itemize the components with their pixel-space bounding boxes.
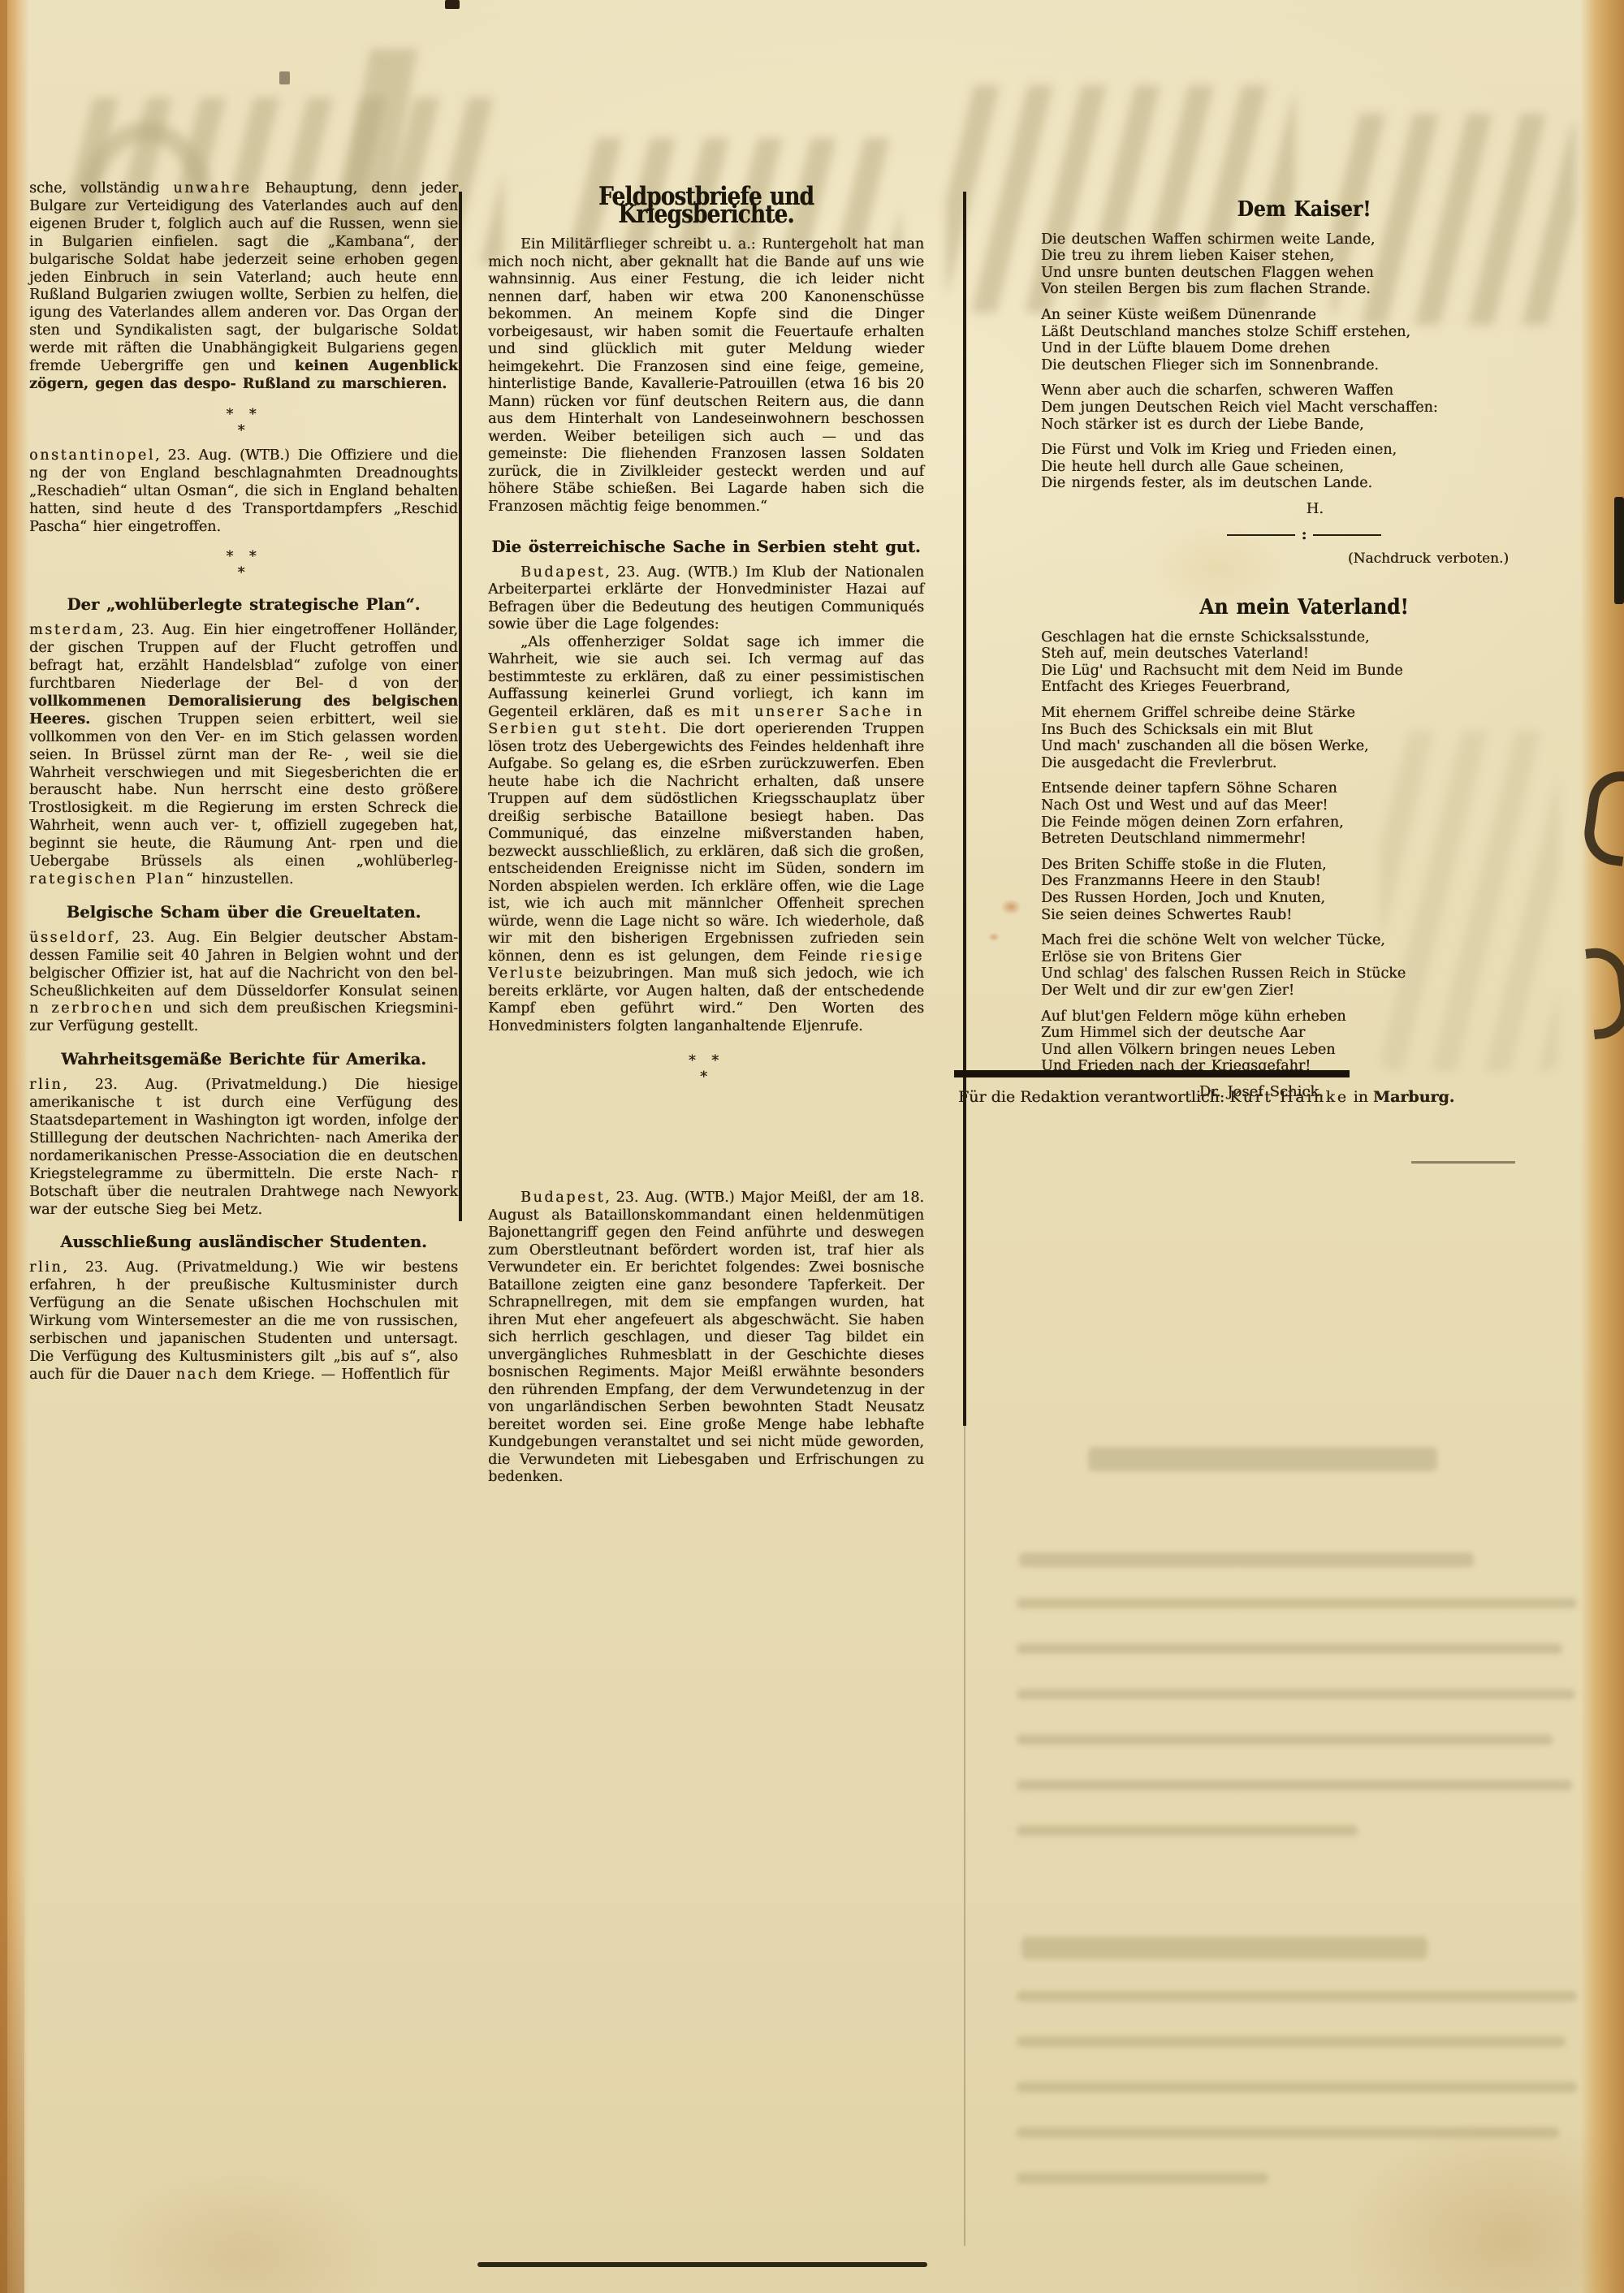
text-run: üsseldorf [29,930,114,946]
bleedthrough-ghost-line [1017,2127,1559,2138]
text-run: gischen Truppen seien erbittert, weil si… [29,711,458,870]
bleedthrough-ghost-line [1021,1937,1427,1959]
bleedthrough-ghost-line [1017,1991,1577,2002]
asterisk-separator: * * * [29,549,458,581]
section-header: Wahrheitsgemäße Berichte für Amerika. [29,1051,458,1069]
ink-mark [279,71,290,84]
page-edge-left-bottom [0,1868,24,2293]
poem-stanza: Entsende deiner tapfern Söhne Scharen Na… [1041,780,1567,847]
article-paragraph: Budapest, 23. Aug. (WTB.) Major Meißl, d… [488,1190,924,1487]
section-header: Belgische Scham über die Greueltaten. [29,904,458,922]
short-rule [1411,1161,1515,1164]
text-run: Ein Militärflieger schreibt u. a.: Runte… [488,236,924,515]
poem-stanza: Die deutschen Waffen schirmen weite Land… [1041,231,1567,298]
text-run: rategischen Plan“ [29,871,195,887]
text-run: , 23. Aug. (Privatmeldung.) Wie wir best… [29,1259,458,1382]
text-run: Die dort operierenden Truppen lösen trot… [488,721,924,965]
bleedthrough-ghost-line [1017,1825,1358,1836]
poem-title: An mein Vaterland! [1067,599,1540,616]
section-header: Ausschließung ausländischer Studenten. [29,1233,458,1251]
article-paragraph: „Als offenherziger Soldat sage ich immer… [488,634,924,1036]
bleedthrough-ghost-line [1017,1643,1562,1654]
section-header: Der „wohlüberlegte strategische Plan“. [29,596,458,614]
poem-stanza: Geschlagen hat die ernste Schicksalsstun… [1041,629,1567,696]
text-run: hinzustellen. [195,871,293,887]
text-run: Budapest [520,564,605,581]
section-divider: : [1207,531,1402,539]
divider-line [1313,534,1381,536]
text-run: , 23. Aug. (WTB.) Major Meißl, der am 18… [488,1190,924,1485]
article-paragraph: msterdam, 23. Aug. Ein hier eingetroffen… [29,622,458,889]
article-paragraph: rlin, 23. Aug. (Privatmeldung.) Die hies… [29,1077,458,1219]
bleedthrough-ghost-line [1017,2082,1577,2092]
right-column: Dem Kaiser! Die deutschen Waffen schirme… [1041,201,1567,1101]
poem-stanza: Des Briten Schiffe stoße in die Fluten, … [1041,857,1567,923]
text-run: dem Kriege. — Hoffentlich für [219,1367,449,1383]
section-title: Feldpostbriefe und Kriegsberichte. [520,188,891,223]
bleedthrough-ghost-line [1019,1552,1474,1567]
column-rule-left [459,192,462,1221]
article-paragraph: onstantinopel, 23. Aug. (WTB.) Die Offiz… [29,447,458,537]
asterisk-separator: * * * [29,407,458,439]
bleedthrough-ghost-line [1088,1447,1437,1471]
text-run: nach [176,1367,219,1383]
divider-colon: : [1295,531,1314,539]
bleedthrough-ghost-line [1017,1598,1577,1609]
text-run: Behauptung, denn jeder Bulgare zur Verte… [29,180,458,374]
text-run: msterdam [29,622,119,638]
bleedthrough-ghost-line [1017,1780,1572,1790]
section-header: Die österreichische Sache in Serbien ste… [488,538,924,556]
column-rule-right [963,192,966,1426]
text-run: n zerbrochen [29,1000,154,1017]
ink-mark [1614,497,1624,604]
text-run: rlin [29,1077,63,1093]
poem-stanza: Auf blut'gen Feldern möge kühn erheben Z… [1041,1008,1567,1075]
page-edge-right [1580,0,1624,2293]
bleedthrough-ghost-line [1017,1734,1553,1745]
column-rule-right-faint [964,1426,965,2246]
bleedthrough-ghost-line [1017,1689,1575,1699]
text-run: Für die Redaktion verantwortlich: [958,1088,1229,1106]
poem-stanza: Die Fürst und Volk im Krieg und Frieden … [1041,442,1567,492]
asterisk-separator: * * * [488,1053,924,1086]
text-run: , 23. Aug. (Privatmeldung.) Die hiesige … [29,1077,458,1217]
text-run: sche, vollständig [29,180,173,196]
text-run: unwahre [173,180,251,196]
article-paragraph: rlin, 23. Aug. (Privatmeldung.) Wie wir … [29,1259,458,1384]
article-paragraph: Ein Militärflieger schreibt u. a.: Runte… [488,236,924,516]
text-run: Kurt Hainke [1229,1088,1348,1106]
left-column: sche, vollständig unwahre Behauptung, de… [29,180,458,1384]
imprint-rule [954,1070,1350,1077]
text-run: onstantinopel [29,447,155,464]
ink-mark [445,0,460,9]
poem-stanza: Wenn aber auch die scharfen, schweren Wa… [1041,382,1567,433]
bottom-edge-line [477,2262,927,2267]
divider-line [1227,534,1295,536]
text-run: in [1349,1088,1373,1106]
middle-column: Feldpostbriefe und Kriegsberichte. Ein M… [488,188,924,1487]
text-run: rlin [29,1259,63,1276]
newspaper-page: sche, vollständig unwahre Behauptung, de… [0,0,1624,2293]
poem-an-mein-vaterland: An mein Vaterland! Geschlagen hat die er… [1041,599,1567,1100]
poem-body: Geschlagen hat die ernste Schicksalsstun… [1041,629,1567,1075]
bleedthrough-ghost-line [1017,2036,1566,2047]
poem-signature: H. [1041,501,1324,518]
poem-stanza: An seiner Küste weißem Dünenrande Läßt D… [1041,307,1567,374]
article-paragraph: üsseldorf, 23. Aug. Ein Belgier deutsche… [29,930,458,1036]
article-paragraph: Budapest, 23. Aug. (WTB.) Im Klub der Na… [488,564,924,634]
poem-title: Dem Kaiser! [1067,201,1540,218]
poem-dem-kaiser: Dem Kaiser! Die deutschen Waffen schirme… [1041,201,1567,518]
text-run: Marburg. [1373,1088,1454,1106]
poem-stanza: Mach frei die schöne Welt von welcher Tü… [1041,932,1567,999]
copyright-note: (Nachdruck verboten.) [1041,551,1509,568]
poem-body: Die deutschen Waffen schirmen weite Land… [1041,231,1567,492]
bleedthrough-ghost-line [1017,2173,1268,2183]
text-run: Budapest [520,1190,605,1206]
imprint-line: Für die Redaktion verantwortlich: Kurt H… [958,1088,1575,1106]
article-paragraph: sche, vollständig unwahre Behauptung, de… [29,180,458,394]
poem-stanza: Mit ehernem Griffel schreibe deine Stärk… [1041,705,1567,771]
